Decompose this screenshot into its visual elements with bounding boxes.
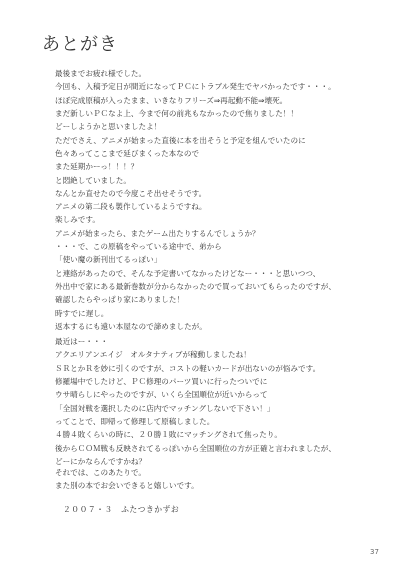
paragraph-3: 最近はー・・・ アクエリアンエイジ オルタナティブが稼動しましたね！ ＳＲとかＲ…	[55, 335, 336, 468]
text-line: ほぼ完成原稿が入ったまま、いきなりフリーズ⇒再起動不能⇒壊死。	[55, 94, 336, 107]
text-line: 返本するにも遠い本屋なので諦めましたが。	[55, 320, 336, 333]
text-line: また別の本でお会いできると嬉しいです。	[55, 479, 199, 492]
text-line: ４勝４敗くらいの時に、２０勝１敗にマッチングされて焦ったり。	[55, 428, 336, 441]
text-line: まだ新しいＰＣなよ上、今まで何の前兆もなかったので焦りました！！	[55, 107, 336, 120]
text-line: なんとか直せたので今度こそ出せそうです。	[55, 187, 336, 200]
text-line: ・・・で、この原稿をやっている途中で、弟から	[55, 240, 336, 253]
text-line: 修羅場中でしたけど、ＰＣ修理のパーツ買いに行ったついでに	[55, 375, 336, 388]
text-line: 最近はー・・・	[55, 335, 336, 348]
text-line: と悶絶していました。	[55, 174, 336, 187]
text-line: また延期かーっ！！！？	[55, 160, 336, 173]
text-line: ウサ晴らしにやったのですが、いくら全国順位が近いからって	[55, 388, 336, 401]
text-line: それでは、このあたりで。	[55, 466, 199, 479]
text-line: アクエリアンエイジ オルタナティブが稼動しましたね！	[55, 348, 336, 361]
text-line: ってことで、即帰って修理して原稿しました。	[55, 415, 336, 428]
text-line: 後からＣＯＭ戦も反映されてるっぽいから全国順位の方が正確と言われましたが、	[55, 442, 336, 455]
page-title: あとがき	[42, 34, 118, 56]
text-line: 楽しみです。	[55, 213, 336, 226]
signature: ２００７・３ ふたつきかずお	[63, 504, 179, 515]
text-line: と連絡があったので、そんな予定書いてなかったけどなー・・・と思いつつ、	[55, 267, 336, 280]
text-line: 「使い魔の新刊出てるっぽい」	[55, 253, 336, 266]
paragraph-1: 最後までお疲れ様でした。 今回も、入稿予定日が間近になってＰＣにトラブル発生でヤ…	[55, 67, 336, 200]
text-line: ただでさえ、アニメが始まった直後に本を出そうと予定を組んでいたのに	[55, 134, 336, 147]
text-line: 最後までお疲れ様でした。	[55, 67, 336, 80]
text-line: どーしようかと思いましたよ！	[55, 120, 336, 133]
text-line: アニメが始まったら、またゲーム出たりするんでしょうか？	[55, 227, 336, 240]
text-line: 確認したらやっぱり家にありました！	[55, 293, 336, 306]
text-line: ＳＲとかＲを妙に引くのですが、コストの軽いカードが出ないのが悩みです。	[55, 362, 336, 375]
text-line: 時すでに遅し。	[55, 307, 336, 320]
text-line: 今回も、入稿予定日が間近になってＰＣにトラブル発生でヤバかったです・・・。	[55, 80, 336, 93]
paragraph-4: それでは、このあたりで。 また別の本でお会いできると嬉しいです。	[55, 466, 199, 493]
page-number: 37	[370, 548, 379, 556]
text-line: 外出中で家にある最新巻数が分からなかったので買っておいてもらったのですが、	[55, 280, 336, 293]
text-line: アニメの第二段も製作しているようですね。	[55, 200, 336, 213]
paragraph-2: アニメの第二段も製作しているようですね。 楽しみです。 アニメが始まったら、また…	[55, 200, 336, 333]
text-line: 「全国対戦を選択したのに店内でマッチングしないで下さい！」	[55, 402, 336, 415]
text-line: 色々あってここまで延びまくった本なので	[55, 147, 336, 160]
